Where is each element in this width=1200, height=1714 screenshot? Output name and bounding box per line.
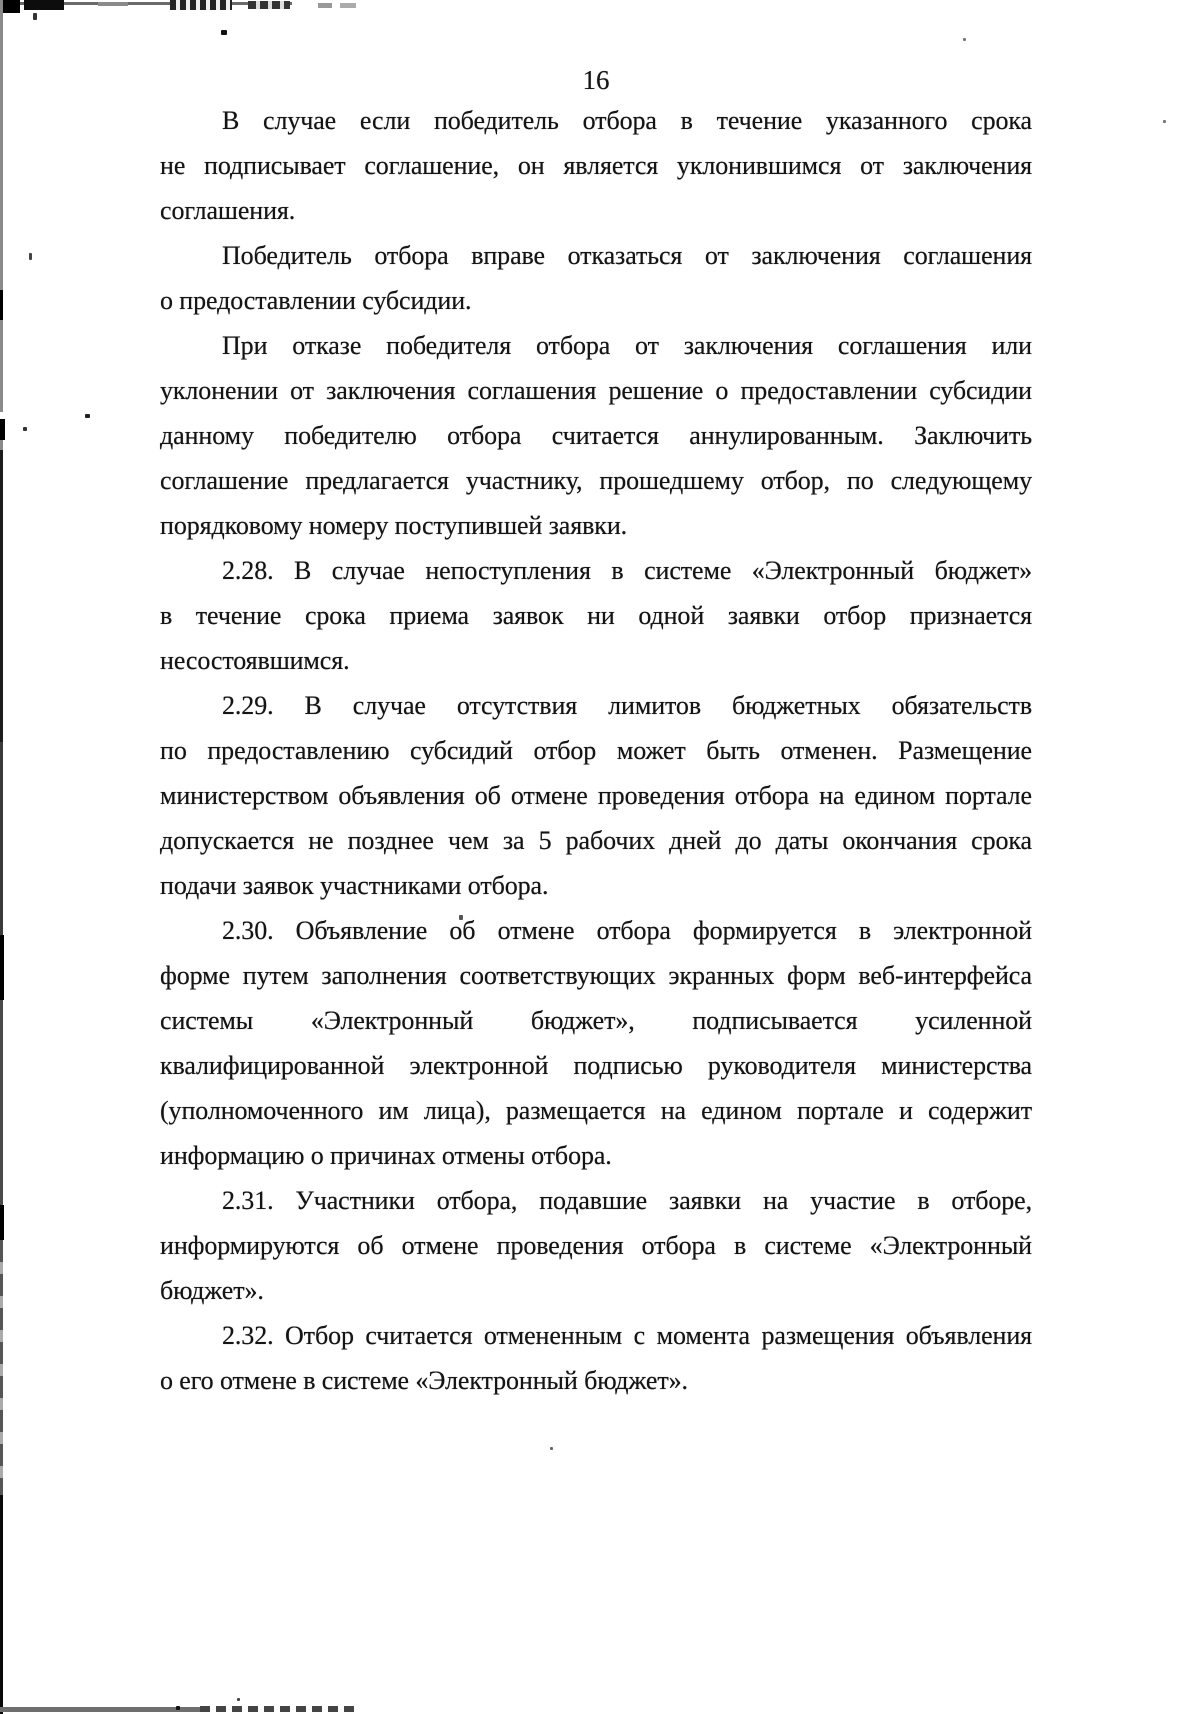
scan-speck — [459, 915, 463, 920]
scan-artifact-left-segment — [0, 1495, 3, 1714]
paragraph: 2.30. Объявление об отмене отбора формир… — [160, 908, 1032, 1178]
scan-artifact-top-dash — [340, 3, 356, 8]
text-line: не подписывает соглашение, он является у… — [160, 143, 1032, 188]
text-line: подачи заявок участниками отбора. — [160, 863, 1032, 908]
scan-speck — [221, 30, 227, 35]
text-line: 2.30. Объявление об отмене отбора формир… — [160, 908, 1032, 953]
text-line: 2.28. В случае непоступления в системе «… — [160, 548, 1032, 593]
text-line: соглашения. — [160, 188, 1032, 233]
scan-artifact-top-dash — [98, 2, 128, 6]
text-line: уклонении от заключения соглашения решен… — [160, 368, 1032, 413]
text-line: Победитель отбора вправе отказаться от з… — [160, 233, 1032, 278]
text-line: бюджет». — [160, 1268, 1032, 1313]
text-block: В случае если победитель отбора в течени… — [160, 98, 1032, 1403]
scanned-document-page: 16 В случае если победитель отбора в теч… — [0, 0, 1200, 1714]
text-line: соглашение предлагается участнику, проше… — [160, 458, 1032, 503]
scan-speck — [1163, 120, 1166, 123]
paragraph: 2.29. В случае отсутствия лимитов бюджет… — [160, 683, 1032, 908]
scan-speck — [33, 13, 37, 20]
scan-artifact-top-hash — [248, 1, 290, 9]
text-line: о его отмене в системе «Электронный бюдж… — [160, 1358, 1032, 1403]
scan-speck — [23, 427, 27, 431]
text-line: несостоявшимся. — [160, 638, 1032, 683]
text-line: 2.29. В случае отсутствия лимитов бюджет… — [160, 683, 1032, 728]
text-line: 2.32. Отбор считается отмененным с момен… — [160, 1313, 1032, 1358]
paragraph: Победитель отбора вправе отказаться от з… — [160, 233, 1032, 323]
text-line: по предоставлению субсидий отбор может б… — [160, 728, 1032, 773]
scan-artifact-left-segment — [0, 1240, 3, 1495]
text-line: форме путем заполнения соответствующих э… — [160, 953, 1032, 998]
text-line: о предоставлении субсидии. — [160, 278, 1032, 323]
scan-artifact-top-dash — [318, 3, 332, 8]
scan-speck — [176, 1706, 180, 1710]
text-line: информируются об отмене проведения отбор… — [160, 1223, 1032, 1268]
scan-artifact-left-segment — [0, 742, 3, 935]
scan-artifact-left-segment — [0, 290, 3, 320]
scan-speck — [29, 253, 32, 260]
text-line: В случае если победитель отбора в течени… — [160, 98, 1032, 143]
paragraph: 2.31. Участники отбора, подавшие заявки … — [160, 1178, 1032, 1313]
text-line: (уполномоченного им лица), размещается н… — [160, 1088, 1032, 1133]
text-line: министерством объявления об отмене прове… — [160, 773, 1032, 818]
scan-artifact-left-segment — [0, 450, 3, 742]
scan-speck — [550, 1447, 553, 1450]
scan-speck — [237, 1698, 240, 1701]
text-line: в течение срока приема заявок ни одной з… — [160, 593, 1032, 638]
text-line: данному победителю отбора считается анну… — [160, 413, 1032, 458]
text-line: системы «Электронный бюджет», подписывае… — [160, 998, 1032, 1043]
paragraph: 2.32. Отбор считается отмененным с момен… — [160, 1313, 1032, 1403]
page-number: 16 — [160, 62, 1032, 98]
scan-artifact-top-hash — [170, 0, 232, 10]
text-line: допускается не позднее чем за 5 рабочих … — [160, 818, 1032, 863]
scan-artifact-bottom-dashes — [200, 1706, 356, 1712]
scan-artifact-left-segment — [0, 1205, 4, 1240]
paragraph: В случае если победитель отбора в течени… — [160, 98, 1032, 233]
text-line: квалифицированной электронной подписью р… — [160, 1043, 1032, 1088]
scan-artifact-bottom-edge — [0, 1707, 200, 1712]
scan-artifact-left-segment — [0, 412, 5, 440]
paragraph: При отказе победителя отбора от заключен… — [160, 323, 1032, 548]
scan-artifact-top-blob — [0, 0, 20, 13]
text-line: информацию о причинах отмены отбора. — [160, 1133, 1032, 1178]
scan-speck — [85, 414, 90, 418]
text-line: порядковому номеру поступившей заявки. — [160, 503, 1032, 548]
scan-speck — [963, 38, 966, 41]
text-line: При отказе победителя отбора от заключен… — [160, 323, 1032, 368]
scan-artifact-top-blob — [24, 0, 64, 10]
scan-artifact-left-segment — [0, 935, 4, 1000]
paragraph: 2.28. В случае непоступления в системе «… — [160, 548, 1032, 683]
scan-artifact-left-segment — [0, 1000, 3, 1205]
text-line: 2.31. Участники отбора, подавшие заявки … — [160, 1178, 1032, 1223]
